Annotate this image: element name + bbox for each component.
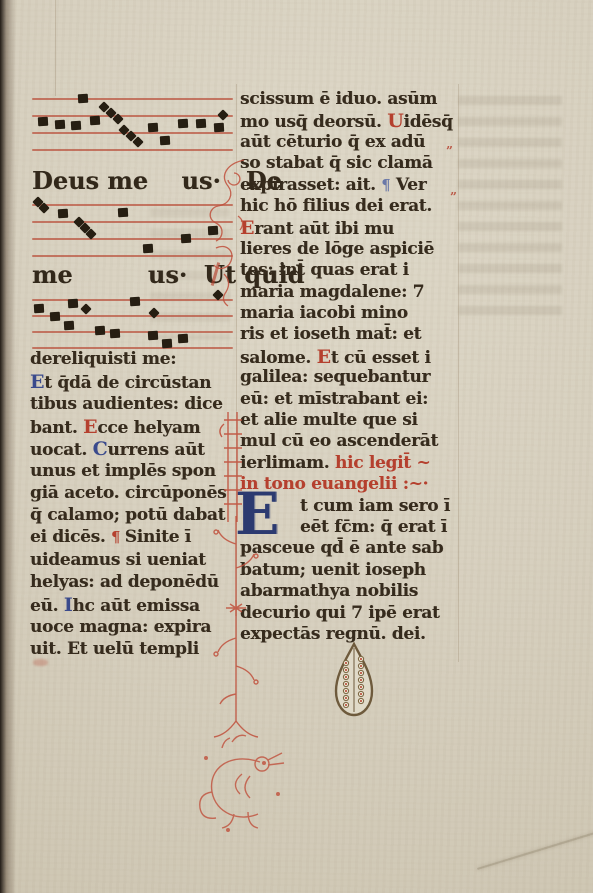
text-line: ris et ioseth mat̄: et xyxy=(240,324,462,344)
binding-edge-shadow xyxy=(0,0,16,893)
text-segment: ris et ioseth mat̄: et xyxy=(240,324,421,344)
text-segment: t q̄dā de circūstan xyxy=(44,373,211,393)
text-segment: idēsq̄ xyxy=(404,112,453,132)
text-segment: rant aūt ibi mu xyxy=(254,219,394,239)
text-line: Et q̄dā de circūstan xyxy=(30,371,235,393)
gutter-filigree-ornament xyxy=(204,156,250,308)
leaf-ornament xyxy=(331,641,377,719)
stem-flourish-ornament xyxy=(204,516,268,748)
text-segment: C xyxy=(93,438,108,460)
neume xyxy=(217,109,228,120)
text-segment: uit. Et uelū templi xyxy=(30,639,199,659)
text-segment: galilea: sequebantur xyxy=(240,367,430,387)
text-line: dereliquisti me: xyxy=(30,349,235,369)
neume xyxy=(130,297,140,307)
neume xyxy=(80,303,91,314)
neume xyxy=(143,244,153,254)
text-segment: decurio qui 7 ipē erat xyxy=(240,603,440,623)
text-line: tibus audientes: dice xyxy=(30,394,235,414)
text-segment: giā aceto. circūponēs xyxy=(30,483,226,503)
text-line: expirasset: ait. ¶ Ver xyxy=(240,175,462,195)
text-line: salome. Et cū esset i xyxy=(240,346,462,368)
neume xyxy=(34,304,44,314)
staff-line xyxy=(32,115,233,117)
text-segment: hc aūt emissa xyxy=(72,596,199,616)
text-line: et alie multe que si xyxy=(240,410,462,430)
text-segment: E xyxy=(83,416,97,438)
neume xyxy=(90,116,100,126)
text-line: decurio qui 7 ipē erat xyxy=(240,603,462,623)
text-segment: ierlimam. xyxy=(240,453,335,473)
text-segment: dereliquisti me: xyxy=(30,349,176,369)
neume xyxy=(148,331,158,341)
text-line: uocat. Currens aūt xyxy=(30,438,235,460)
text-line: so stabat q̄ sic clamā xyxy=(240,153,462,173)
text-segment: urrens aūt xyxy=(108,440,205,460)
text-segment: t cū esset i xyxy=(331,348,431,368)
neume xyxy=(181,234,191,244)
text-line: hic hō filius dei erat. xyxy=(240,196,462,216)
text-segment: tibus audientes: dice xyxy=(30,394,223,414)
text-line: abarmathya nobilis xyxy=(240,581,462,601)
staff-line xyxy=(32,315,233,317)
bleedthrough-text xyxy=(458,96,562,318)
neume xyxy=(38,117,48,127)
staff-line xyxy=(32,204,233,206)
text-segment: Ver xyxy=(390,175,426,195)
faint-folio-mark xyxy=(33,659,48,666)
staff-line xyxy=(32,238,233,240)
text-line: tes: int̄ quas erat i xyxy=(240,260,462,280)
text-segment: unus et implēs spon xyxy=(30,461,216,481)
text-segment: E xyxy=(317,346,331,368)
text-line: scissum ē iduo. asūm xyxy=(240,89,462,109)
neume xyxy=(55,120,65,130)
text-line: mul cū eo ascenderāt xyxy=(240,431,462,451)
text-line: maria magdalene: 7 xyxy=(240,282,462,302)
staff-line xyxy=(32,149,233,151)
text-line: maria iacobi mino xyxy=(240,303,462,323)
text-line: mo usq̄ deorsū. Uidēsq̄ xyxy=(240,110,462,132)
text-segment: salome. xyxy=(240,348,317,368)
grotesque-figure-ornament xyxy=(182,734,294,834)
text-segment: U xyxy=(387,110,403,132)
text-segment: uocat. xyxy=(30,440,93,460)
neume xyxy=(64,321,74,331)
neume xyxy=(178,334,188,344)
text-segment: tes: int̄ quas erat i xyxy=(240,260,409,280)
text-segment: ei dicēs. xyxy=(30,527,111,547)
text-segment: maria iacobi mino xyxy=(240,303,408,323)
staff-line xyxy=(32,98,233,100)
neume xyxy=(95,326,105,336)
text-segment: scissum ē iduo. asūm xyxy=(240,89,437,109)
text-segment: eū. xyxy=(30,596,64,616)
text-segment: t cum iam sero ī xyxy=(300,496,450,516)
text-line: batum; uenit ioseph xyxy=(240,560,462,580)
neume xyxy=(178,119,188,129)
text-segment: helyas: ad deponēdū xyxy=(30,572,219,592)
text-segment: hic hō filius dei erat. xyxy=(240,196,432,216)
text-segment: ¶ xyxy=(381,177,390,194)
text-segment: mo usq̄ deorsū. xyxy=(240,112,387,132)
text-segment: lieres de lōge aspiciē xyxy=(240,239,434,259)
neume xyxy=(110,329,120,339)
neume xyxy=(148,123,158,133)
neume xyxy=(160,136,170,146)
text-segment: expirasset: ait. xyxy=(240,175,381,195)
text-segment: eū: et mīstrabant ei: xyxy=(240,389,428,409)
text-segment: hic legit̄ ~ xyxy=(335,453,430,473)
manuscript-page: Deus me us· Deme us· Ut quid dereliquist… xyxy=(0,0,593,893)
text-segment: Sinite ī xyxy=(125,527,191,547)
neume xyxy=(78,94,88,104)
text-segment: q̄ calamo; potū dabat xyxy=(30,505,225,525)
text-segment: cce helyam xyxy=(97,418,200,438)
text-line: giā aceto. circūponēs xyxy=(30,483,235,503)
staff-line xyxy=(32,221,233,223)
text-segment: eēt fc̄m: q̄ erat ī xyxy=(300,517,447,537)
text-line: Erant aūt ibi mu xyxy=(240,217,462,239)
ladder-flourish-ornament xyxy=(218,412,248,522)
text-segment: ¶ xyxy=(111,529,125,546)
text-segment: et alie multe que si xyxy=(240,410,418,430)
neume xyxy=(196,119,206,129)
text-segment: me us· xyxy=(32,260,204,289)
text-segment: uideamus si ueniat xyxy=(30,550,206,570)
text-line: eū: et mīstrabant ei: xyxy=(240,389,462,409)
neume xyxy=(71,121,81,131)
neume xyxy=(162,339,172,349)
neume xyxy=(214,123,224,133)
neume xyxy=(50,312,60,322)
text-segment: mul cū eo ascenderāt xyxy=(240,431,438,451)
text-line: bant. Ecce helyam xyxy=(30,416,235,438)
neume xyxy=(68,299,78,309)
text-line: lieres de lōge aspiciē xyxy=(240,239,462,259)
text-line: ierlimam. hic legit̄ ~ xyxy=(240,453,462,473)
neume xyxy=(58,209,68,219)
neume xyxy=(118,208,128,218)
text-segment: E xyxy=(30,371,44,393)
text-line: galilea: sequebantur xyxy=(240,367,462,387)
text-line: aūt cēturio q̄ ex adū xyxy=(240,132,462,152)
text-segment: aūt cēturio q̄ ex adū xyxy=(240,132,425,152)
text-segment: maria magdalene: 7 xyxy=(240,282,424,302)
text-line: unus et implēs spon xyxy=(30,461,235,481)
text-segment: uoce magna: expira xyxy=(30,617,211,637)
red-margin-mark: ” xyxy=(450,190,457,204)
parchment-crease xyxy=(477,824,593,869)
text-segment: so stabat q̄ sic clamā xyxy=(240,153,433,173)
text-segment: bant. xyxy=(30,418,83,438)
ruling-line xyxy=(55,0,56,96)
staff-line xyxy=(32,255,233,257)
staff-line xyxy=(32,331,233,333)
red-margin-mark: ” xyxy=(446,144,453,158)
